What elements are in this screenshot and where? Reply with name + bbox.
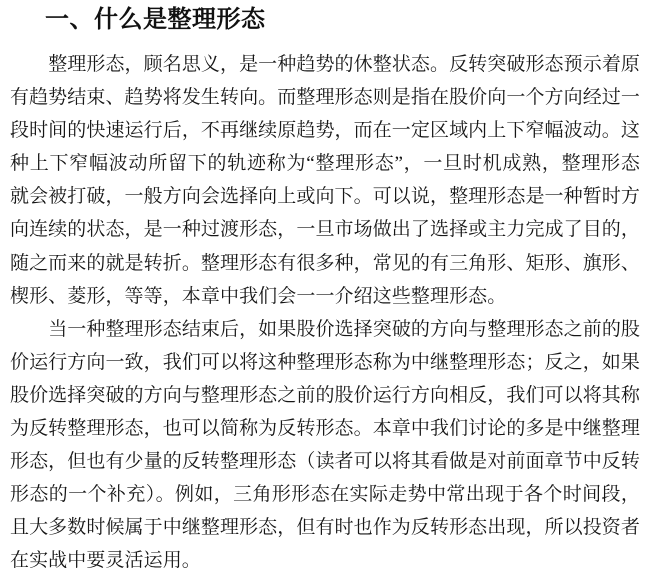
text-line: 就会被打破，一般方向会选择向上或向下。可以说，整理形态是一种暂时方 [10,180,640,213]
text-line: 且大多数时候属于中继整理形态，但有时也作为反转形态出现，所以投资者 [10,511,640,544]
body-text: 整理形态，顾名思义，是一种趋势的休整状态。反转突破形态预示着原有趋势结束、趋势将… [10,48,640,578]
text-line: 向连续的状态，是一种过渡形态，一旦市场做出了选择或主力完成了目的， [10,213,640,246]
text-line: 股价选择突破的方向与整理形态之前的股价运行方向相反，我们可以将其称 [10,379,640,412]
text-line: 楔形、菱形，等等，本章中我们会一一介绍这些整理形态。 [10,280,640,313]
book-page: 一、什么是整理形态 整理形态，顾名思义，是一种趋势的休整状态。反转突破形态预示着… [0,0,649,580]
text-line: 有趋势结束、趋势将发生转向。而整理形态则是指在股价向一个方向经过一 [10,81,640,114]
text-line: 段时间的快速运行后，不再继续原趋势，而在一定区域内上下窄幅波动。这 [10,114,640,147]
text-line: 整理形态，顾名思义，是一种趋势的休整状态。反转突破形态预示着原 [10,48,640,81]
text-line: 随之而来的就是转折。整理形态有很多种，常见的有三角形、矩形、旗形、 [10,247,640,280]
text-line: 形态，但也有少量的反转整理形态（读者可以将其看做是对前面章节中反转 [10,445,640,478]
section-heading: 一、什么是整理形态 [0,0,649,34]
text-line: 在实战中要灵活运用。 [10,544,640,577]
text-line: 当一种整理形态结束后，如果股价选择突破的方向与整理形态之前的股 [10,313,640,346]
text-line: 形态的一个补充）。例如，三角形形态在实际走势中常出现于各个时间段， [10,478,640,511]
text-line: 价运行方向一致，我们可以将这种整理形态称为中继整理形态；反之，如果 [10,346,640,379]
text-line: 种上下窄幅波动所留下的轨迹称为“整理形态”，一旦时机成熟，整理形态 [10,147,640,180]
text-line: 为反转整理形态，也可以简称为反转形态。本章中我们讨论的多是中继整理 [10,412,640,445]
